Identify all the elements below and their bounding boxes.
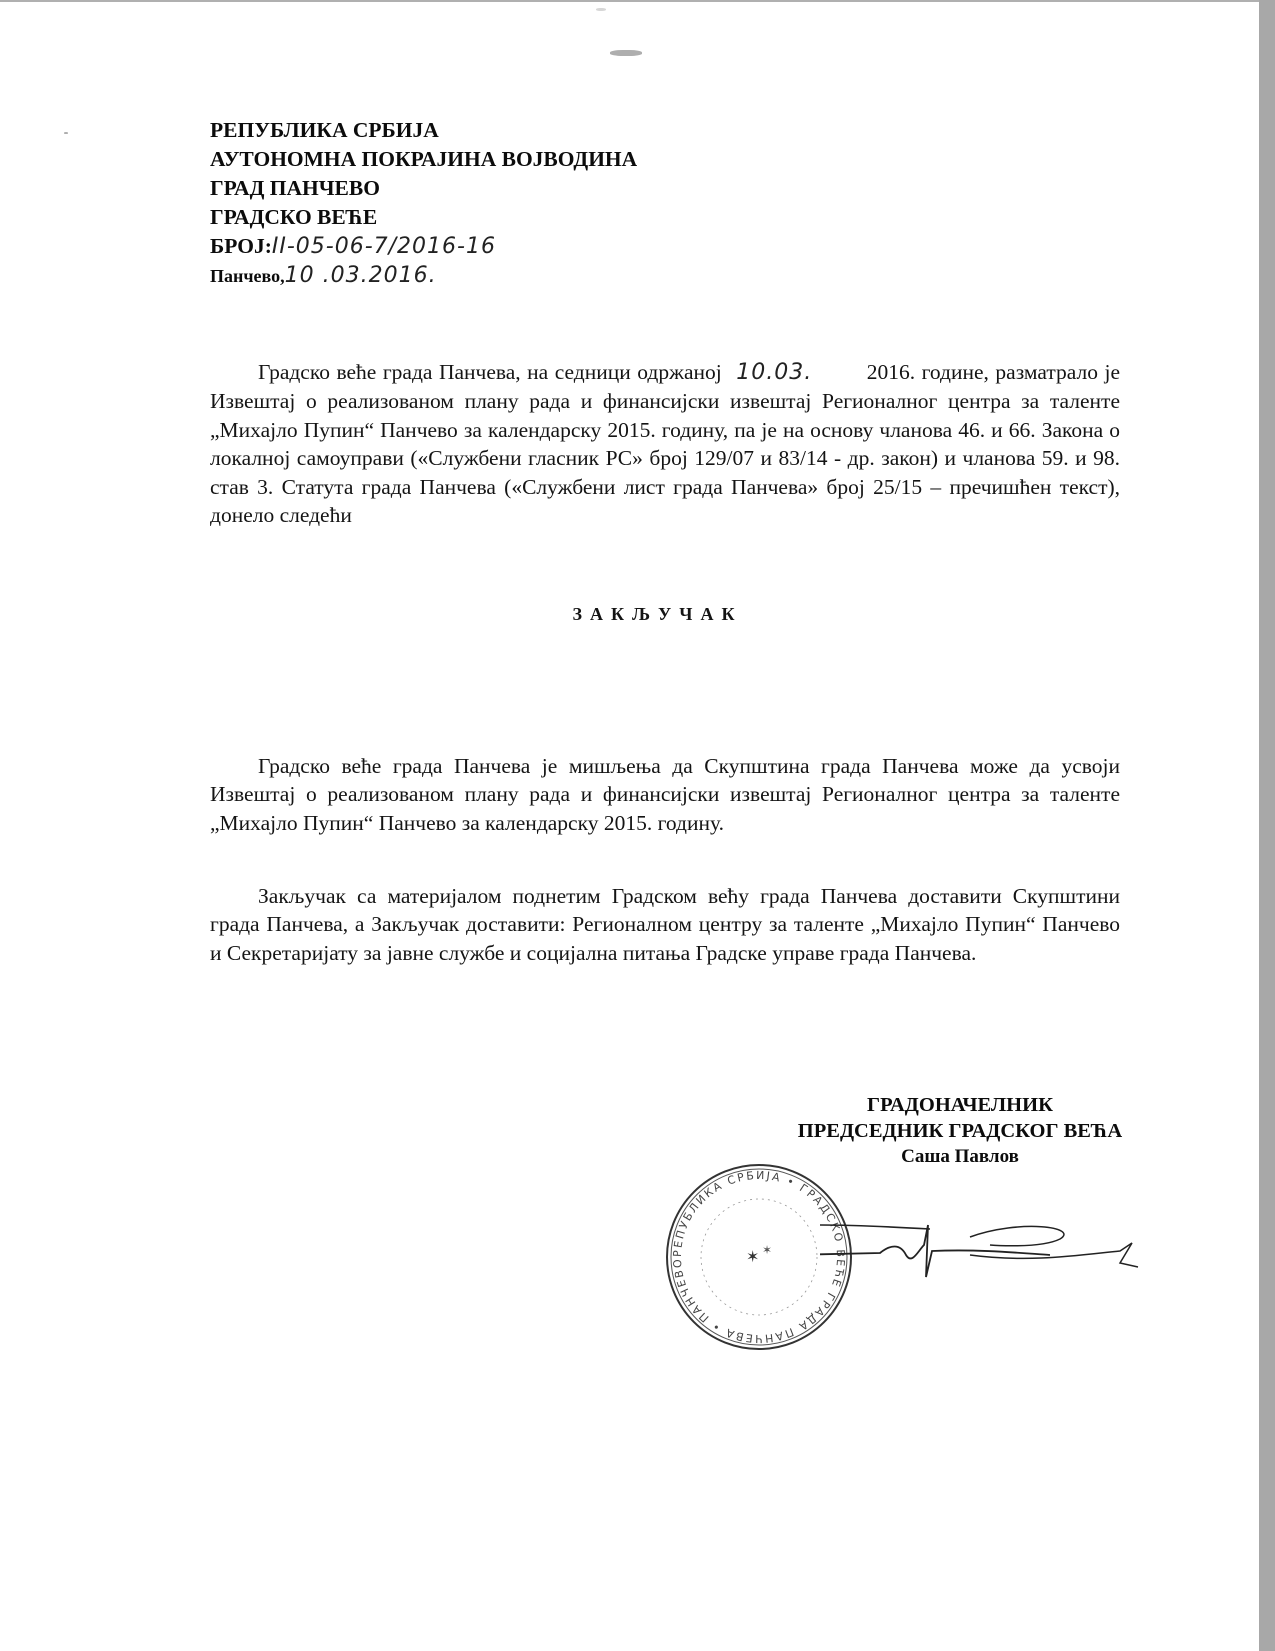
- svg-text:✶: ✶: [746, 1249, 759, 1266]
- conclusion-paragraph-1: Градско веће града Панчева је мишљења да…: [210, 752, 1120, 837]
- number-label: БРОЈ:: [210, 234, 272, 258]
- header-republic: РЕПУБЛИКА СРБИЈА: [210, 116, 637, 145]
- header-place-date: Панчево,10 .03.2016.: [210, 261, 637, 291]
- intro-after-date: 2016. године, разматрало је Извештај о р…: [210, 360, 1120, 527]
- conclusion-paragraph-2: Закључак са материјалом поднетим Градско…: [210, 882, 1120, 967]
- scan-artifact: [64, 132, 68, 134]
- scan-top-edge: [0, 0, 1259, 2]
- header-council: ГРАДСКО ВЕЋЕ: [210, 203, 637, 232]
- header-city: ГРАД ПАНЧЕВО: [210, 174, 637, 203]
- intro-before-date: Градско веће града Панчева, на седници о…: [258, 360, 722, 384]
- header-number: БРОЈ:II-05-06-7/2016-16: [210, 232, 637, 261]
- scan-artifact: [596, 8, 606, 11]
- signer-title-mayor: ГРАДОНАЧЕЛНИК: [750, 1092, 1170, 1118]
- document-title: ЗАКЉУЧАК: [0, 604, 1275, 625]
- intro-handwritten-date: 10.03.: [728, 360, 820, 385]
- scan-artifact: [610, 50, 642, 56]
- svg-text:✶: ✶: [762, 1243, 772, 1257]
- document-header: РЕПУБЛИКА СРБИЈА АУТОНОМНА ПОКРАЈИНА ВОЈ…: [210, 116, 637, 291]
- signer-title-president: ПРЕДСЕДНИК ГРАДСКОГ ВЕЋА: [750, 1118, 1170, 1144]
- scan-right-edge: [1259, 0, 1275, 1651]
- intro-paragraph: Градско веће града Панчева, на седници о…: [210, 358, 1120, 529]
- signer-name: Саша Павлов: [750, 1144, 1170, 1170]
- date-value: 10 .03.2016.: [285, 263, 437, 288]
- signature-block: ГРАДОНАЧЕЛНИК ПРЕДСЕДНИК ГРАДСКОГ ВЕЋА С…: [750, 1092, 1170, 1170]
- place-label: Панчево,: [210, 266, 285, 286]
- header-province: АУТОНОМНА ПОКРАЈИНА ВОЈВОДИНА: [210, 145, 637, 174]
- number-value: II-05-06-7/2016-16: [272, 234, 496, 259]
- handwritten-signature: [820, 1215, 1140, 1285]
